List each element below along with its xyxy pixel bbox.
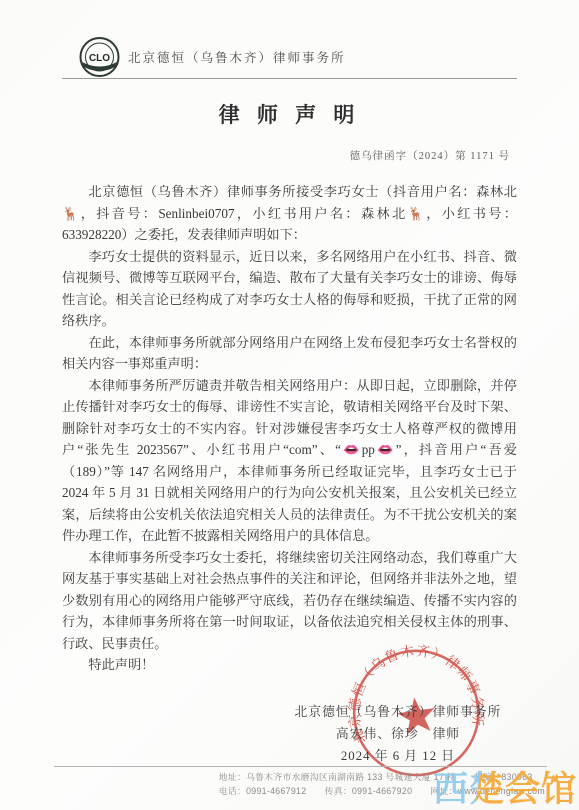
body-paragraph: 本律师事务所受李巧女士委托，将继续密切关注网络动态，我们尊重广大网友基于事实基础… (62, 547, 517, 655)
signature-lawyers: 高宏伟、徐珍 律师 (284, 723, 512, 745)
signature-block: 北京德恒（乌鲁木齐）律师事务所 高宏伟、徐珍 律师 2024 年 6 月 12 … (284, 701, 512, 767)
body-paragraph: 本律师事务所严厉谴责并敬告相关网络用户：从即日起，立即删除，并停止传播针对李巧女… (62, 375, 517, 547)
firm-name-header: 北京德恒（乌鲁木齐）律师事务所 (128, 48, 346, 66)
document-title: 律 师 声 明 (0, 99, 579, 129)
document-ref-number: 德乌律函字（2024）第 1171 号 (62, 148, 510, 163)
logo-text: CLO (89, 53, 110, 64)
document-body: 北京德恒（乌鲁木齐）律师事务所接受李巧女士（抖音用户名：森林北🦌，抖音号：Sen… (62, 181, 517, 676)
lawyer-statement-page: CLO 北京德恒（乌鲁木齐）律师事务所 律 师 声 明 德乌律函字（2024）第… (0, 0, 579, 810)
footer-divider (54, 766, 547, 767)
site-watermark: 西楚会馆 (433, 770, 577, 810)
body-paragraph: 李巧女士提供的资料显示，近日以来，多名网络用户在小红书、抖音、微信视频号、微博等… (62, 246, 517, 332)
body-paragraph: 特此声明！ (62, 654, 517, 676)
law-firm-logo-icon: CLO (76, 35, 123, 80)
body-paragraph: 在此，本律师事务所就部分网络用户在网络上发布侵犯李巧女士名誉权的相关内容一事郑重… (62, 332, 517, 375)
signature-date: 2024 年 6 月 12 日 (284, 745, 512, 767)
body-paragraph: 北京德恒（乌鲁木齐）律师事务所接受李巧女士（抖音用户名：森林北🦌，抖音号：Sen… (62, 181, 517, 246)
signature-firm: 北京德恒（乌鲁木齐）律师事务所 (284, 701, 512, 723)
header-divider (62, 78, 517, 79)
